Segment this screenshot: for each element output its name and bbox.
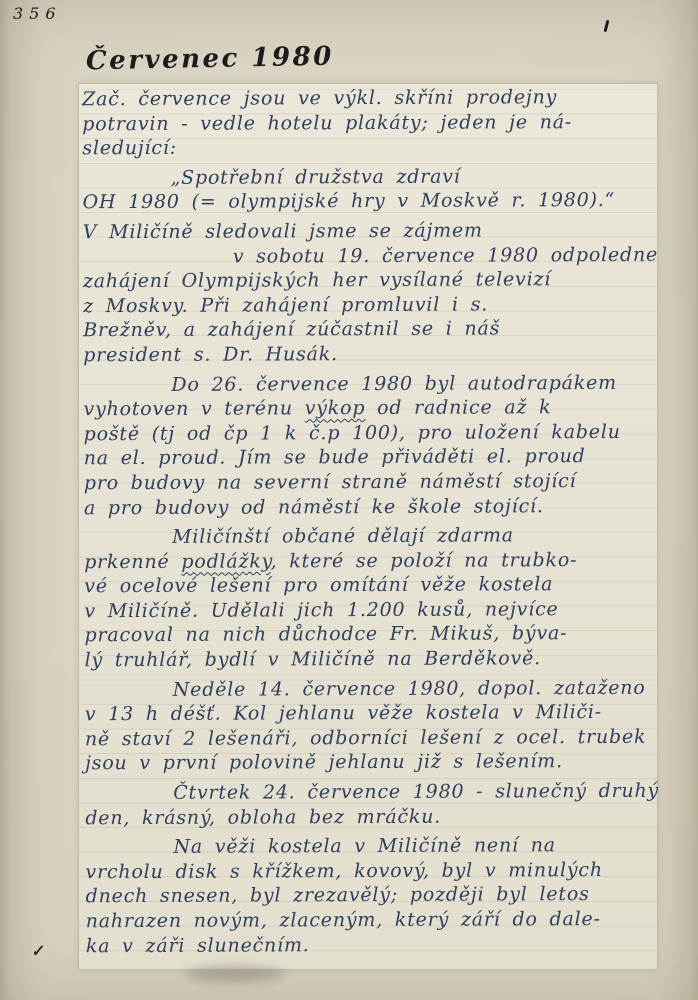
manuscript-line: Miličínští občané dělají zdarma <box>84 523 657 550</box>
text-segment: „Spotřební družstva zdraví <box>170 165 460 188</box>
text-segment: vé ocelové lešení pro omítání věže koste… <box>84 573 553 597</box>
text-segment: Na věži kostela v Miličíně není na <box>173 834 556 858</box>
underlined-word: podlážky <box>181 550 270 572</box>
manuscript-line: lý truhlář, bydlí v Miličíně na Berděkov… <box>85 646 658 673</box>
pasted-manuscript-sheet: Zač. července jsou ve výkl. skříni prode… <box>78 83 658 970</box>
manuscript-line: vyhotoven v terénu výkop od radnice až k <box>83 395 656 422</box>
paragraph: Neděle 14. července 1980, dopol. zatažen… <box>85 675 658 776</box>
paragraph: Čtvrtek 24. července 1980 - slunečný dru… <box>85 779 658 831</box>
text-segment: z Moskvy. Při zahájení promluvil i s. <box>83 293 488 317</box>
manuscript-line: vé ocelové lešení pro omítání věže koste… <box>84 572 657 599</box>
text-segment: a pro budovy od náměstí ke škole stojící… <box>84 495 544 519</box>
paragraph: „Spotřební družstva zdravíOH 1980 (= oly… <box>82 164 655 216</box>
text-segment: vrcholu disk s křížkem, kovový, byl v mi… <box>85 859 602 883</box>
text-segment: Neděle 14. července 1980, dopol. zatažen… <box>173 676 646 700</box>
text-segment: lý truhlář, bydlí v Miličíně na Berděkov… <box>85 647 541 671</box>
text-segment: jsou v první polovině jehlanu již s leše… <box>85 751 563 775</box>
chronicle-page-scan: 356 Červenec 1980 Zač. července jsou ve … <box>0 0 698 1000</box>
manuscript-line: v 13 h déšť. Kol jehlanu věže kostela v … <box>85 700 658 727</box>
text-segment: od radnice až k <box>365 396 551 419</box>
underlined-word: výkop <box>305 397 366 419</box>
manuscript-line: zahájení Olympijských her vysílané telev… <box>83 267 656 294</box>
manuscript-line: jsou v první polovině jehlanu již s leše… <box>85 749 658 776</box>
manuscript-line: a pro budovy od náměstí ke škole stojící… <box>84 493 657 520</box>
text-segment: Do 26. července 1980 byl autodrapákem <box>171 371 617 395</box>
paragraph: Miličínští občané dělají zdarmaprkenné p… <box>84 523 658 673</box>
manuscript-line: OH 1980 (= olympijské hry v Moskvě r. 19… <box>83 188 656 215</box>
manuscript-line: Čtvrtek 24. července 1980 - slunečný dru… <box>85 779 658 806</box>
manuscript-line: dnech snesen, byl zrezavělý; později byl… <box>86 882 659 909</box>
text-segment: nahrazen novým, zlaceným, který září do … <box>86 908 601 932</box>
margin-checkmark: ✓ <box>30 941 44 960</box>
manuscript-line: nahrazen novým, zlaceným, který září do … <box>86 907 659 934</box>
manuscript-line: v Miličíně. Udělali jich 1.200 kusů, nej… <box>84 597 657 624</box>
text-segment: den, krásný, obloha bez mráčku. <box>85 805 441 829</box>
page-number: 356 <box>13 4 62 23</box>
text-segment: vyhotoven v terénu <box>83 397 304 420</box>
manuscript-line: sledující: <box>82 134 655 161</box>
text-segment: Čtvrtek 24. července 1980 - slunečný dru… <box>173 780 659 804</box>
manuscript-line: V Miličíně sledovali jsme se zájmem <box>83 218 656 245</box>
manuscript-line: Zač. července jsou ve výkl. skříni prode… <box>82 85 655 112</box>
text-segment: v sobotu 19. července 1980 odpoledne <box>233 243 658 267</box>
text-segment: president s. Dr. Husák. <box>83 343 338 366</box>
manuscript-line: pro budovy na severní straně náměstí sto… <box>84 469 657 496</box>
manuscript-text: Zač. července jsou ve výkl. skříni prode… <box>82 85 659 959</box>
manuscript-line: poště (tj od čp 1 k č.p 100), pro uložen… <box>84 419 657 446</box>
manuscript-line: ka v záři slunečním. <box>86 931 659 958</box>
text-segment: OH 1980 (= olympijské hry v Moskvě r. 19… <box>83 189 616 213</box>
text-segment: v Miličíně. Udělali jich 1.200 kusů, nej… <box>84 598 558 622</box>
text-segment: Brežněv, a zahájení zúčastnil se i náš <box>83 318 500 342</box>
text-segment: pracoval na nich důchodce Fr. Mikuš, býv… <box>84 623 567 647</box>
ink-stray-mark <box>604 20 610 32</box>
manuscript-line: z Moskvy. Při zahájení promluvil i s. <box>83 292 656 319</box>
text-segment: zahájení Olympijských her vysílané telev… <box>83 268 551 292</box>
text-segment: , které se položí na trubko- <box>271 549 578 572</box>
text-segment: ka v záři slunečním. <box>86 934 310 957</box>
text-segment: ně staví 2 lešenáři, odborníci lešení z … <box>85 726 646 750</box>
text-segment: Zač. července jsou ve výkl. skříni prode… <box>82 86 557 110</box>
manuscript-line: president s. Dr. Husák. <box>83 341 656 368</box>
manuscript-line: Brežněv, a zahájení zúčastnil se i náš <box>83 316 656 343</box>
manuscript-line: Neděle 14. července 1980, dopol. zatažen… <box>85 675 658 702</box>
manuscript-line: „Spotřební družstva zdraví <box>82 164 655 191</box>
text-segment: pro budovy na severní straně náměstí sto… <box>84 470 577 494</box>
paragraph: Na věži kostela v Miličíně není navrchol… <box>85 833 659 958</box>
manuscript-line: Na věži kostela v Miličíně není na <box>85 833 658 860</box>
manuscript-line: ně staví 2 lešenáři, odborníci lešení z … <box>85 725 658 752</box>
manuscript-line: pracoval na nich důchodce Fr. Mikuš, býv… <box>84 621 657 648</box>
text-segment: na el. proud. Jím se bude přiváděti el. … <box>84 445 586 469</box>
manuscript-line: v sobotu 19. července 1980 odpoledne <box>83 242 656 269</box>
text-segment: Miličínští občané dělají zdarma <box>172 524 514 547</box>
manuscript-line: Do 26. července 1980 byl autodrapákem <box>83 370 656 397</box>
text-segment: dnech snesen, byl zrezavělý; později byl… <box>86 883 590 907</box>
manuscript-line: na el. proud. Jím se bude přiváděti el. … <box>84 444 657 471</box>
manuscript-line: den, krásný, obloha bez mráčku. <box>85 803 658 830</box>
paragraph: Zač. července jsou ve výkl. skříni prode… <box>82 85 655 161</box>
page-title: Červenec 1980 <box>86 42 334 77</box>
text-segment: prkenné <box>84 551 181 573</box>
smudge-stain <box>185 966 285 982</box>
manuscript-line: potravin - vedle hotelu plakáty; jeden j… <box>82 109 655 136</box>
paragraph: Do 26. července 1980 byl autodrapákemvyh… <box>83 370 657 520</box>
manuscript-line: prkenné podlážky, které se položí na tru… <box>84 547 657 574</box>
text-segment: potravin - vedle hotelu plakáty; jeden j… <box>82 111 572 135</box>
text-segment: v 13 h déšť. Kol jehlanu věže kostela v … <box>85 701 602 725</box>
paragraph: V Miličíně sledovali jsme se zájmemv sob… <box>83 218 657 368</box>
text-segment: sledující: <box>82 137 177 159</box>
text-segment: V Miličíně sledovali jsme se zájmem <box>83 219 483 243</box>
text-segment: poště (tj od čp 1 k č.p 100), pro uložen… <box>84 421 621 445</box>
manuscript-line: vrcholu disk s křížkem, kovový, byl v mi… <box>85 858 658 885</box>
